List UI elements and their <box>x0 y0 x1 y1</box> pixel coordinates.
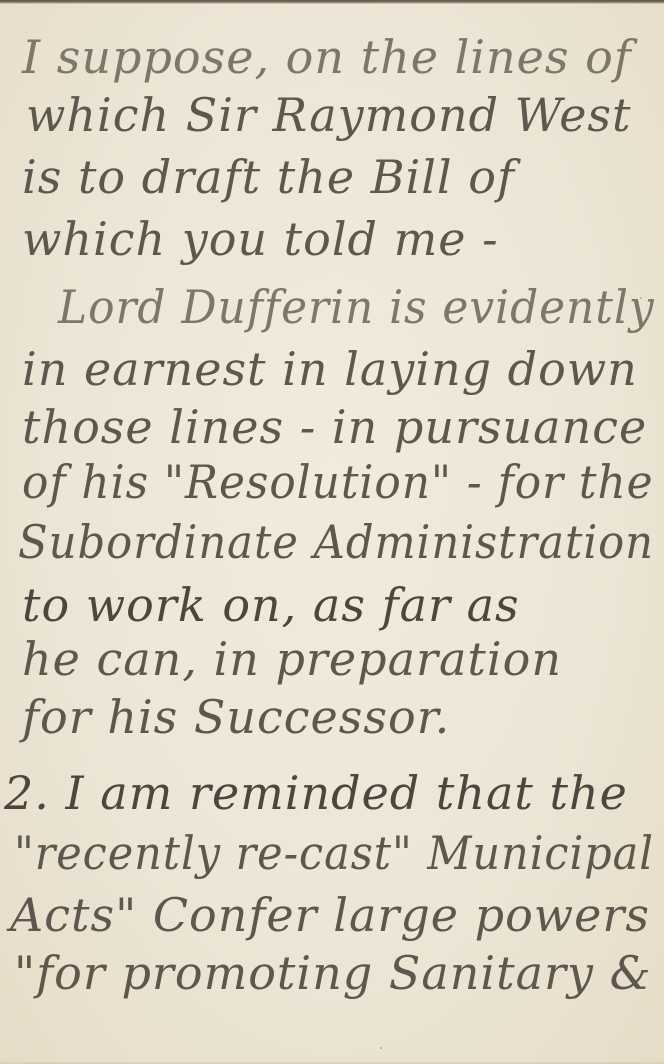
text-line-14: "recently re-cast" Municipal <box>14 826 654 880</box>
page-top-edge <box>0 0 664 4</box>
text-line-1: I suppose, on the lines of <box>22 30 632 84</box>
paper-speck <box>380 1047 382 1049</box>
text-line-8: of his "Resolution" - for the <box>22 455 654 509</box>
text-line-3: is to draft the Bill of <box>22 150 515 204</box>
text-line-6: in earnest in laying down <box>22 342 638 396</box>
text-line-5: Lord Dufferin is evidently <box>58 280 655 334</box>
text-line-11: he can, in preparation <box>22 632 562 686</box>
text-line-2: which Sir Raymond West <box>26 88 632 142</box>
text-line-12: for his Successor. <box>22 690 450 744</box>
paper-speck <box>640 297 642 299</box>
text-line-13: 2. I am reminded that the <box>4 766 628 820</box>
text-line-10: to work on, as far as <box>22 578 520 632</box>
text-line-15: Acts" Confer large powers <box>10 888 650 942</box>
text-line-7: those lines - in pursuance <box>22 400 647 454</box>
text-line-4: which you told me - <box>22 212 499 266</box>
text-line-9: Subordinate Administration <box>18 515 654 569</box>
manuscript-page: I suppose, on the lines of which Sir Ray… <box>0 0 664 1064</box>
text-line-16: "for promoting Sanitary & <box>14 946 652 1000</box>
